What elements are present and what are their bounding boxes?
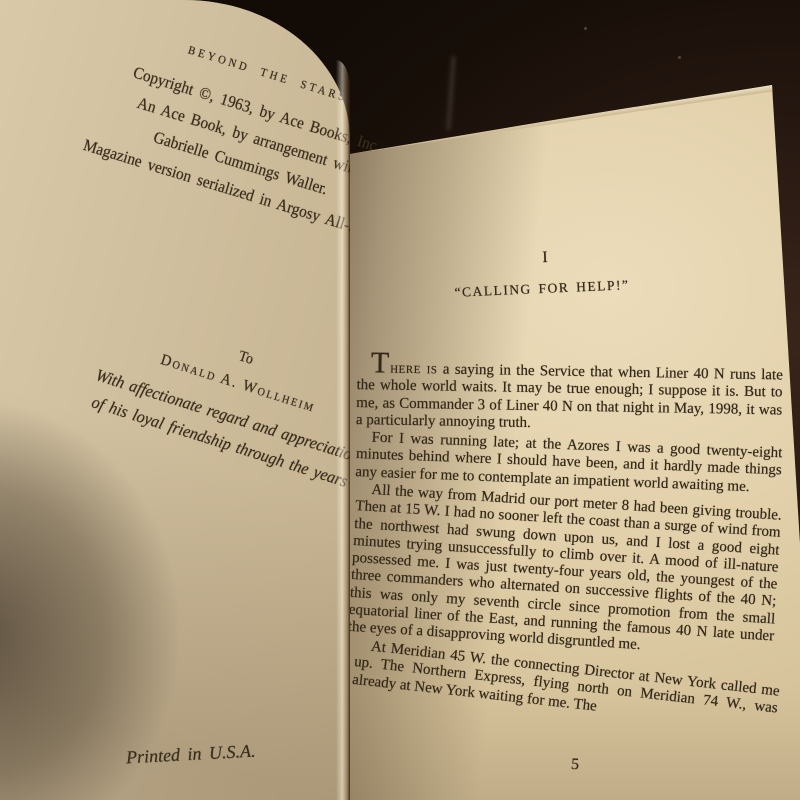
chapter-title: “CALLING FOR HELP!” bbox=[422, 276, 662, 302]
small-caps-lead: here is bbox=[390, 361, 438, 378]
drop-cap-initial: T bbox=[371, 346, 391, 379]
chapter-numeral: I bbox=[470, 246, 621, 269]
book-photo-scene: BEYOND THE STARS Copyright ©, 1963, by A… bbox=[0, 0, 800, 800]
paragraph: All the way from Madrid our port meter 8… bbox=[347, 481, 782, 663]
dust-speck bbox=[584, 27, 587, 30]
printed-in-usa: Printed in U.S.A. bbox=[126, 741, 256, 769]
paragraph: There is a saying in the Service that wh… bbox=[356, 360, 783, 437]
left-page: BEYOND THE STARS Copyright ©, 1963, by A… bbox=[0, 0, 350, 800]
page-number: 5 bbox=[505, 751, 646, 779]
dust-speck bbox=[678, 56, 681, 59]
chapter-body: There is a saying in the Service that wh… bbox=[357, 360, 783, 689]
